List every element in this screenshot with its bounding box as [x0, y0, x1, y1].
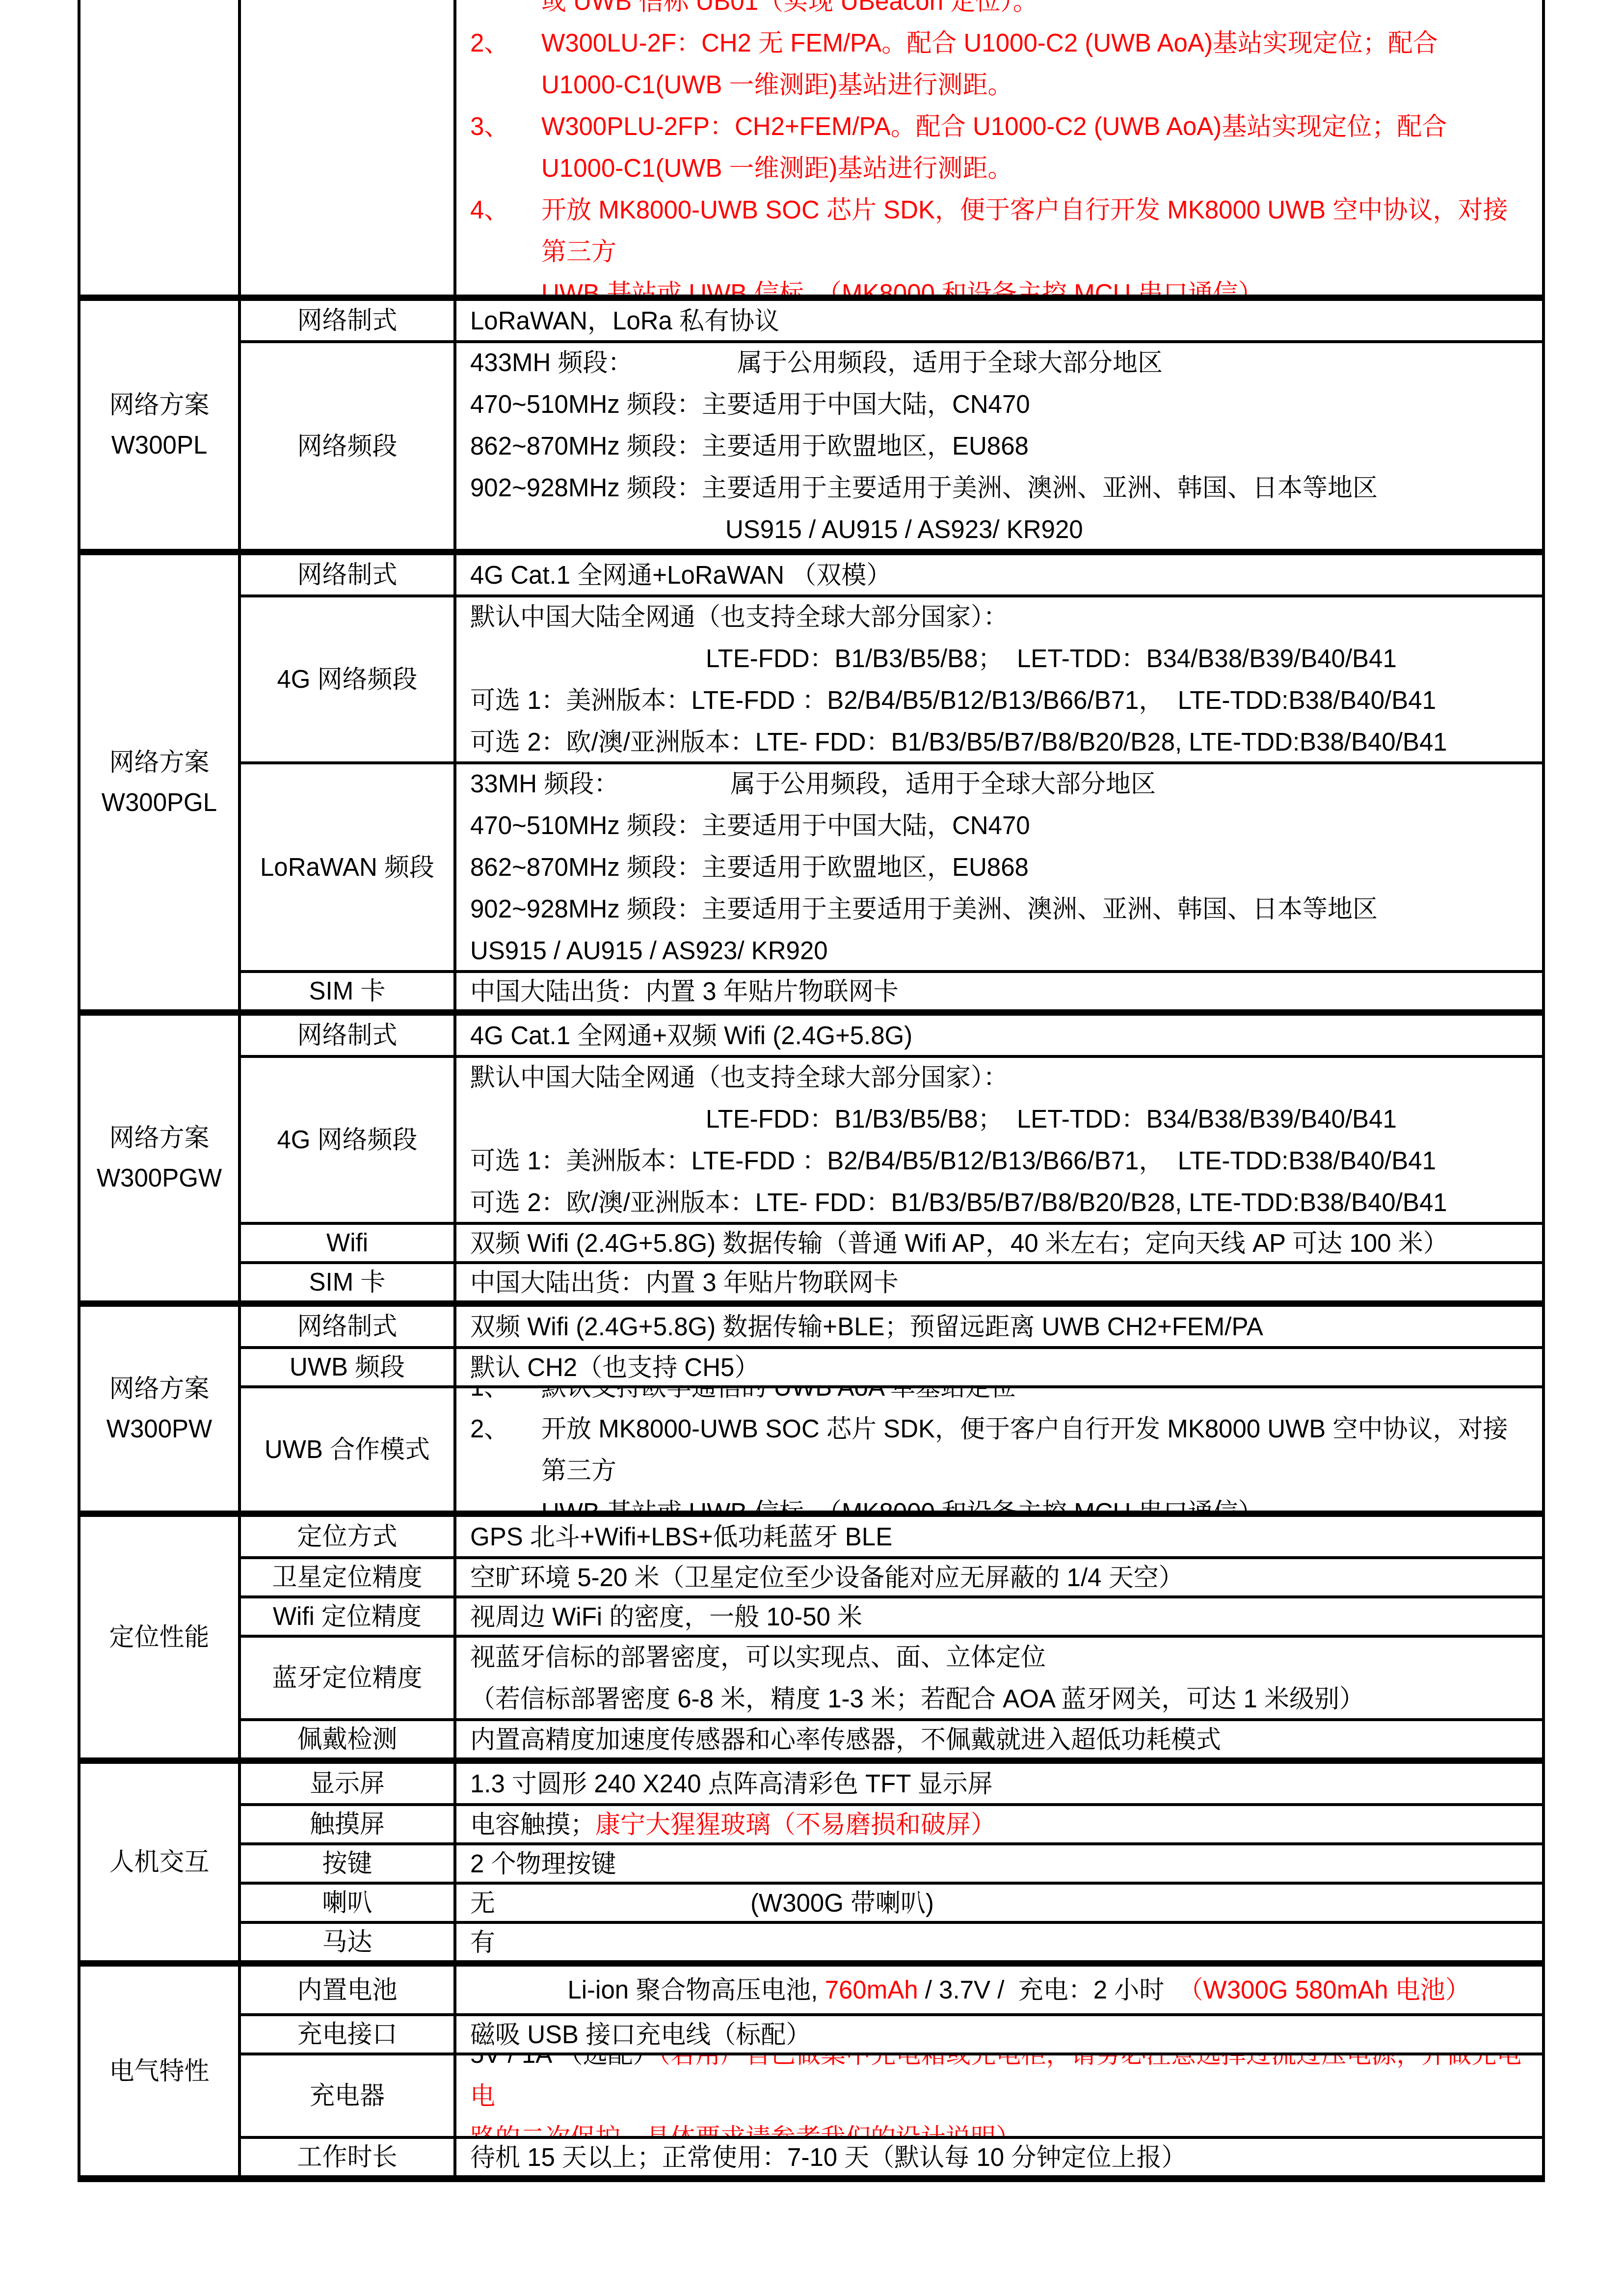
row-label: 马达 — [241, 1924, 453, 1960]
row-label: 内置电池 — [241, 1967, 453, 2013]
table-row: 4G 网络频段 默认中国大陆全网通（也支持全球大部分国家）： LTE-FDD：B… — [241, 1055, 1542, 1222]
row-label: 网络制式 — [241, 301, 453, 340]
row-label: 佩戴检测 — [241, 1721, 453, 1757]
category-positioning: 定位性能 — [80, 1517, 238, 1757]
row-value: 视周边 WiFi 的密度，一般 10-50 米 — [453, 1598, 1542, 1635]
row-value: LoRaWAN，LoRa 私有协议 — [453, 301, 1542, 340]
row-value: 视蓝牙信标的部署密度，可以实现点、面、立体定位 （若信标部署密度 6-8 米，精… — [453, 1638, 1542, 1718]
table-row: 充电接口 磁吸 USB 接口充电线（标配） — [241, 2013, 1542, 2053]
category-hmi: 人机交互 — [80, 1764, 238, 1960]
category-w300pgw: 网络方案 W300PGW — [80, 1016, 238, 1300]
row-value: 默认 CH2（也支持 CH5） — [453, 1349, 1542, 1385]
row-value: 1.3 寸圆形 240 X240 点阵高清彩色 TFT 显示屏 — [453, 1764, 1542, 1803]
group-hmi: 人机交互 显示屏 1.3 寸圆形 240 X240 点阵高清彩色 TFT 显示屏… — [80, 1757, 1542, 1960]
row-label-empty — [241, 0, 453, 295]
row-label: 卫星定位精度 — [241, 1559, 453, 1595]
group-continuation: 或 UWB 信标 UB01（实现 UBeacon 定位）。 2、W300LU-2… — [80, 0, 1542, 295]
table-row: 卫星定位精度 空旷环境 5-20 米（卫星定位至少设备能对应无屏蔽的 1/4 天… — [241, 1556, 1542, 1595]
table-row: 网络制式 双频 Wifi (2.4G+5.8G) 数据传输+BLE；预留远距离 … — [241, 1307, 1542, 1346]
row-value: 4G Cat.1 全网通+LoRaWAN （双模） — [453, 555, 1542, 594]
table-row: Wifi 定位精度 视周边 WiFi 的密度，一般 10-50 米 — [241, 1595, 1542, 1635]
table-row: UWB 频段 默认 CH2（也支持 CH5） — [241, 1346, 1542, 1385]
table-row: 喇叭 无(W300G 带喇叭) — [241, 1882, 1542, 1921]
row-label: 充电器 — [241, 2055, 453, 2136]
spec-table: 或 UWB 信标 UB01（实现 UBeacon 定位）。 2、W300LU-2… — [78, 0, 1545, 2182]
row-label: 按键 — [241, 1845, 453, 1882]
table-row: 网络制式 4G Cat.1 全网通+双频 Wifi (2.4G+5.8G) — [241, 1016, 1542, 1055]
row-label: 网络制式 — [241, 1016, 453, 1055]
category-w300pw: 网络方案 W300PW — [80, 1307, 238, 1511]
row-label: LoRaWAN 频段 — [241, 764, 453, 970]
table-row: 蓝牙定位精度 视蓝牙信标的部署密度，可以实现点、面、立体定位 （若信标部署密度 … — [241, 1635, 1542, 1718]
category-electrical: 电气特性 — [80, 1967, 238, 2175]
row-value: 33MH 频段： 属于公用频段，适用于全球大部分地区 470~510MHz 频段… — [453, 764, 1542, 970]
row-label: Wifi 定位精度 — [241, 1598, 453, 1635]
row-label: 喇叭 — [241, 1885, 453, 1921]
table-row: 网络制式 4G Cat.1 全网通+LoRaWAN （双模） — [241, 555, 1542, 594]
table-row: 或 UWB 信标 UB01（实现 UBeacon 定位）。 2、W300LU-2… — [241, 0, 1542, 295]
row-value: 5V / 1A （选配）（若用户自己做集中充电箱或充电柜，请务必注意选择过流过压… — [453, 2055, 1542, 2136]
category-w300pgl: 网络方案 W300PGL — [80, 555, 238, 1009]
row-value: 中国大陆出货：内置 3 年贴片物联网卡 — [453, 973, 1542, 1009]
row-value: 待机 15 天以上；正常使用：7-10 天（默认每 10 分钟定位上报） — [453, 2139, 1542, 2175]
group-electrical: 电气特性 内置电池 Li-ion 聚合物高压电池, 760mAh / 3.7V … — [80, 1960, 1542, 2175]
table-row: Wifi 双频 Wifi (2.4G+5.8G) 数据传输（普通 Wifi AP… — [241, 1222, 1542, 1261]
category-cell-empty — [80, 0, 238, 295]
row-value: 双频 Wifi (2.4G+5.8G) 数据传输+BLE；预留远距离 UWB C… — [453, 1307, 1542, 1346]
row-value: 1、默认支持欧孚通信的 UWB AoA 单基站定位 2、开放 MK8000-UW… — [453, 1388, 1542, 1511]
table-row: 充电器 5V / 1A （选配）（若用户自己做集中充电箱或充电柜，请务必注意选择… — [241, 2053, 1542, 2136]
row-value: 内置高精度加速度传感器和心率传感器，不佩戴就进入超低功耗模式 — [453, 1721, 1542, 1757]
row-label: Wifi — [241, 1225, 453, 1261]
row-value: 有 — [453, 1924, 1542, 1960]
table-row: 内置电池 Li-ion 聚合物高压电池, 760mAh / 3.7V / 充电：… — [241, 1967, 1542, 2013]
row-label: 网络制式 — [241, 555, 453, 594]
table-row: 工作时长 待机 15 天以上；正常使用：7-10 天（默认每 10 分钟定位上报… — [241, 2136, 1542, 2175]
table-row: 马达 有 — [241, 1921, 1542, 1960]
table-row: 佩戴检测 内置高精度加速度传感器和心率传感器，不佩戴就进入超低功耗模式 — [241, 1718, 1542, 1757]
row-label: 显示屏 — [241, 1764, 453, 1803]
row-label: 4G 网络频段 — [241, 597, 453, 761]
row-label: 网络频段 — [241, 343, 453, 549]
row-value: 默认中国大陆全网通（也支持全球大部分国家）： LTE-FDD：B1/B3/B5/… — [453, 597, 1542, 761]
table-row: 按键 2 个物理按键 — [241, 1842, 1542, 1882]
row-label: SIM 卡 — [241, 973, 453, 1009]
table-row: 4G 网络频段 默认中国大陆全网通（也支持全球大部分国家）： LTE-FDD：B… — [241, 594, 1542, 761]
row-value: 无(W300G 带喇叭) — [453, 1885, 1542, 1921]
table-row: 定位方式 GPS 北斗+Wifi+LBS+低功耗蓝牙 BLE — [241, 1517, 1542, 1556]
table-row: UWB 合作模式 1、默认支持欧孚通信的 UWB AoA 单基站定位 2、开放 … — [241, 1385, 1542, 1511]
row-value: 磁吸 USB 接口充电线（标配） — [453, 2016, 1542, 2053]
table-row: 显示屏 1.3 寸圆形 240 X240 点阵高清彩色 TFT 显示屏 — [241, 1764, 1542, 1803]
row-value: 2 个物理按键 — [453, 1845, 1542, 1882]
row-label: 工作时长 — [241, 2139, 453, 2175]
group-w300pgw: 网络方案 W300PGW 网络制式 4G Cat.1 全网通+双频 Wifi (… — [80, 1009, 1542, 1300]
row-label: SIM 卡 — [241, 1264, 453, 1300]
row-label: 触摸屏 — [241, 1806, 453, 1842]
table-row: SIM 卡 中国大陆出货：内置 3 年贴片物联网卡 — [241, 970, 1542, 1009]
group-positioning: 定位性能 定位方式 GPS 北斗+Wifi+LBS+低功耗蓝牙 BLE 卫星定位… — [80, 1511, 1542, 1757]
group-w300pgl: 网络方案 W300PGL 网络制式 4G Cat.1 全网通+LoRaWAN （… — [80, 549, 1542, 1009]
row-label: UWB 频段 — [241, 1349, 453, 1385]
row-value: 中国大陆出货：内置 3 年贴片物联网卡 — [453, 1264, 1542, 1300]
row-value: 电容触摸；康宁大猩猩玻璃（不易磨损和破屏） — [453, 1806, 1542, 1842]
row-label: 定位方式 — [241, 1517, 453, 1556]
row-value: 433MH 频段： 属于公用频段，适用于全球大部分地区 470~510MHz 频… — [453, 343, 1542, 549]
row-value: 双频 Wifi (2.4G+5.8G) 数据传输（普通 Wifi AP，40 米… — [453, 1225, 1542, 1261]
table-row: 网络频段 433MH 频段： 属于公用频段，适用于全球大部分地区 470~510… — [241, 340, 1542, 549]
row-value: Li-ion 聚合物高压电池, 760mAh / 3.7V / 充电：2 小时 … — [453, 1967, 1542, 2013]
table-row: 触摸屏 电容触摸；康宁大猩猩玻璃（不易磨损和破屏） — [241, 1803, 1542, 1842]
row-value: GPS 北斗+Wifi+LBS+低功耗蓝牙 BLE — [453, 1517, 1542, 1556]
row-value: 默认中国大陆全网通（也支持全球大部分国家）： LTE-FDD：B1/B3/B5/… — [453, 1058, 1542, 1222]
group-w300pw: 网络方案 W300PW 网络制式 双频 Wifi (2.4G+5.8G) 数据传… — [80, 1300, 1542, 1511]
row-value: 4G Cat.1 全网通+双频 Wifi (2.4G+5.8G) — [453, 1016, 1542, 1055]
row-label: UWB 合作模式 — [241, 1388, 453, 1511]
row-label: 4G 网络频段 — [241, 1058, 453, 1222]
category-w300pl: 网络方案 W300PL — [80, 301, 238, 549]
group-w300pl: 网络方案 W300PL 网络制式 LoRaWAN，LoRa 私有协议 网络频段 … — [80, 295, 1542, 549]
table-row: 网络制式 LoRaWAN，LoRa 私有协议 — [241, 301, 1542, 340]
row-value: 空旷环境 5-20 米（卫星定位至少设备能对应无屏蔽的 1/4 天空） — [453, 1559, 1542, 1595]
spec-sheet-page: 或 UWB 信标 UB01（实现 UBeacon 定位）。 2、W300LU-2… — [0, 0, 1623, 2296]
row-label: 蓝牙定位精度 — [241, 1638, 453, 1718]
table-row: LoRaWAN 频段 33MH 频段： 属于公用频段，适用于全球大部分地区 47… — [241, 761, 1542, 970]
row-label: 充电接口 — [241, 2016, 453, 2053]
row-label: 网络制式 — [241, 1307, 453, 1346]
table-row: SIM 卡 中国大陆出货：内置 3 年贴片物联网卡 — [241, 1261, 1542, 1300]
uwb-notes-cell: 或 UWB 信标 UB01（实现 UBeacon 定位）。 2、W300LU-2… — [453, 0, 1542, 295]
